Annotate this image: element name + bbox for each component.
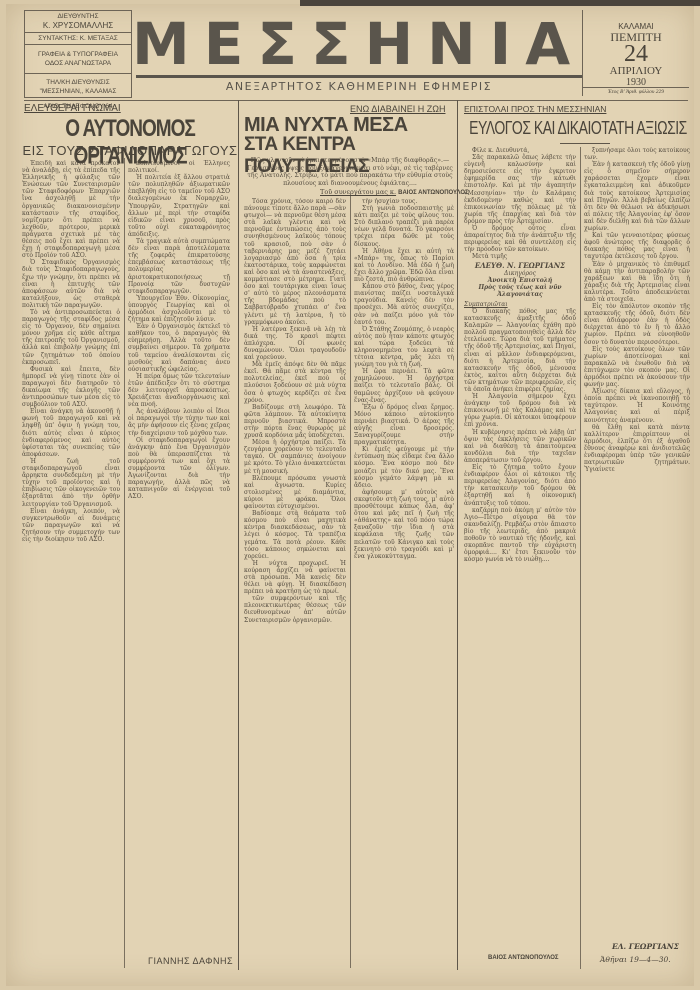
date-box: ΚΑΛΑΜΑΙ ΠΕΜΠΤΗ 24 ΑΠΡΙΛΙΟΥ 1930 Έτος Β' … — [582, 10, 689, 96]
office-line-2: ΟΔΟΣ ΑΝΑΓΝΩΣΤΑΡΑ — [45, 60, 111, 67]
paragraph: ξυπνήσαμε ὅλοι τοὺς κατοίκους των. — [584, 147, 690, 161]
article-3-column-2: ξυπνήσαμε ὅλοι τοὺς κατοίκους των.Ἐὰν ἡ … — [584, 147, 690, 937]
article-3-col-1-signature: ΒΑΙΟΣ ΑΝΤΩΝΟΠΟΥΛΟΣ — [488, 955, 558, 961]
paragraph: Ἡ Ἀλαγονία σήμερον ἔχει ἀνάγκην τοῦ δρόμ… — [464, 393, 576, 428]
signature-1: ΕΛΕΥΘ. Ν. ΓΕΩΡΓΙΑΝΣ — [464, 261, 576, 270]
open-letter-recipient: Πρὸς τοὺς τέως καὶ νῦν — [464, 284, 576, 291]
paragraph: Εἰς τὸν ἀπόλυτον σκοπὸν τῆς κατασκευῆς τ… — [584, 303, 690, 346]
article-1-kicker: ΕΛΕΥΘΕΡΑΙ ΓΝΩΜΑΙ — [24, 103, 121, 114]
article-3-column-1: Φίλε κ. Διευθυντά,Σᾶς παρακαλῶ ὅπως λάβε… — [464, 147, 576, 967]
article-2-deck: Πῶς γλεντοῦν οἱ ἐμπιστευμένοι στὰ «Μπὰρ … — [246, 157, 454, 187]
article-3-headline: ΕΥΛΟΓΟΣ ΚΑΙ ΔΙΚΑΙΟΤΑΤΗ ΑΞΙΩΣΙΣ — [462, 117, 694, 138]
telegraph-line-2: "ΜΕΣΣΗΝΙΑΝ,, ΚΑΛΑΜΑΣ — [40, 88, 117, 95]
article-1-column-1: Ἐπειδὴ καὶ κατὰ πρό­κατον νὰ ἀναλάβῃ, εἰ… — [22, 160, 120, 960]
headline-rule — [560, 143, 610, 144]
paragraph: Ἐὰν ἡ κατασκευὴ τῆς ὁδοῦ γίνῃ εἰς ὃ σημε… — [584, 161, 690, 232]
paragraph: Καὶ τῶν γενναιοτέρας φύσεως ἀφοῦ ἀνώτερο… — [584, 232, 690, 260]
signature-2: ΕΛ. ΓΕΩΡΓΙΑΝΣ — [612, 942, 679, 951]
article-2-byline: Τοῦ συνεργάτου μας κ. ΒΑΙΟΣ ΑΝΤΩΝΟΠΟΥΛΟΣ — [320, 188, 469, 196]
month: ΑΠΡΙΛΙΟΥ — [583, 65, 689, 77]
paragraph: θὰ ἔλθῃ καὶ κατὰ πάντα καλλίτερον ἐπιρρί… — [584, 424, 690, 474]
open-letter-greeting: Συμπατριῶται — [464, 301, 576, 308]
paragraph: Ἐὰν ὁ μηχανικὸς τὸ ἐπιθυμεῖ θὰ κάμῃ τὴν … — [584, 261, 690, 304]
paragraph: Ἐπειδὴ καὶ κατὰ πρό­κατον νὰ ἀναλάβῃ, εἰ… — [22, 160, 120, 259]
masthead-rule — [24, 100, 688, 101]
paragraph: Οἱ σταφιδοπαραγωγοὶ ἔχουν ἀνάγκην ἀπὸ ἕν… — [128, 437, 230, 501]
paragraph: Μετὰ τιμῆς — [464, 253, 576, 260]
article-2-column-2: τὴν ἡσυχίαν τους.Στὴ γωνιὰ ποδοσπαιστὴς … — [354, 198, 454, 968]
director-label: ΔΙΕΥΘΥΝΤΗΣ — [57, 13, 98, 20]
telegraph-line-1: ΤΗΛ/ΚΗ ΔΙΕΥΘΥΝΣΙΣ — [46, 79, 109, 86]
byline-name: ΒΑΙΟΣ ΑΝΤΩΝΟΠΟΥΛΟΣ — [398, 190, 468, 196]
paragraph: Τὸ νὰ ἀντιπροσωπεύεται ὁ παραγωγὸς τῆς σ… — [22, 309, 120, 366]
paragraph: Φίλε κ. Διευθυντά, — [464, 147, 576, 154]
paragraph: Ἡ κυβέρνησις πρέπει νὰ λάβῃ ὑπ' ὄψιν τὰς… — [464, 429, 576, 464]
open-letter-recipient-2: Ἀλαγονιάτας — [464, 291, 576, 298]
day: 24 — [583, 43, 689, 65]
paragraph: Ἡ νύχτα προχωρεῖ. Ἡ κούραση ἀρχίζει νὰ φ… — [244, 560, 346, 595]
paragraph: Στὴ γωνιὰ ποδοσπαιστὴς μὲ κάτι παίζει μὲ… — [354, 205, 454, 248]
editor: ΣΥΝΤΑΚΤΗΣ: Κ. ΜΕΤΑΞΑΣ — [25, 33, 131, 45]
paragraph: Ἡ πείρα ὅμως τῶν τελευταίων ἐτῶν ἀπέδειξ… — [128, 373, 230, 408]
paragraph: Τὰ τραγικὰ αὐτὰ συμπτώματα δὲν εἶναι παρ… — [128, 238, 230, 295]
column-rule — [238, 100, 239, 970]
paragraph: Βαδίσαμε στὰ θεάματα τοῦ κόσμου ποὺ εἶνα… — [244, 510, 346, 560]
open-letter-label: Ἀνοικτὴ Ἐπιστολή — [464, 277, 576, 284]
column-rule — [350, 196, 351, 968]
paragraph: Ἡ λατέρνα ξεκινᾷ νὰ λέῃ τὰ δικά της. Τὸ … — [244, 326, 346, 361]
paragraph: Εἶναι ἀνάγκη νὰ ἀκουσθῇ ἡ φωνὴ τοῦ παραγ… — [22, 408, 120, 458]
article-1-column-2: πολιτευόμενοι οἱ Ἑλληνες πολιτικοί.Ἡ πολ… — [128, 160, 230, 900]
paragraph: Ὑπουργεῖον Ἐθν. Οἰκονομίας, ὑπουργὸς Γεω… — [128, 295, 230, 323]
paragraph: Κάπου στὸ βάθος, ἕνας γέρος πιανίστας πα… — [354, 283, 454, 326]
signature-2-place-date: Ἀθῆναι 19—4—30. — [600, 955, 671, 964]
byline-prefix: Τοῦ συνεργάτου μας κ. — [320, 188, 396, 196]
paragraph: Ἔξω ὁ δρόμος εἶναι ἔρημος. Μόνο κάποιο α… — [354, 404, 454, 447]
article-3-kicker: ΕΠΙΣΤΟΛΑΙ ΠΡΟΣ ΤΗΝ ΜΕΣΣΗΝΙΑΝ — [464, 104, 606, 114]
paragraph: τὴν ἡσυχίαν τους. — [354, 198, 454, 205]
paragraph: Ἡ Ἀθήνα ἔχει κι αὐτὴ τὰ «Μπάρ» της, ὅπως… — [354, 248, 454, 283]
column-rule — [457, 100, 458, 970]
paragraph: Ἀς ἀναλάβουν λοιπὸν οἱ ἴδιοι οἱ παραγωγο… — [128, 408, 230, 436]
paragraph: Ἡ ζωὴ τοῦ σταφιδοπαραγωγοῦ εἶναι ἄρρηκτα… — [22, 458, 120, 508]
signature-1-role: Δικηγόρος — [464, 270, 576, 277]
paragraph: Τόσα χρόνια, τόσον καιρὸ δὲν πάνουμε τίπ… — [244, 198, 346, 326]
newspaper-subtitle: ΑΝΕΞΑΡΤΗΤΟΣ ΚΑΘΗΜΕΡΙΝΗ ΕΦΗΜΕΡΙΣ — [136, 80, 582, 93]
paragraph: Μέσα ἡ ὀρχήστρα παίζει. Τὰ ζευγάρια χορε… — [244, 439, 346, 474]
paragraph: Βαδίζουμε στὴ λεωφόρο. Τὰ φῶτα λάμπουν. … — [244, 404, 346, 439]
article-1-author: ΓΙΑΝΝΗΣ ΔΑΦΝΗΣ — [148, 956, 233, 966]
article-2-column-1: Τόσα χρόνια, τόσον καιρὸ δὲν πάνουμε τίπ… — [244, 198, 346, 958]
article-1-subheadline: ΕΙΣ ΤΟΥΣ ΣΤΑΦΙΔΟΠΑΡΑΓΩΓΟΥΣ — [20, 143, 240, 158]
paragraph: Εἰς τοὺς κατοίκους ὅλων τῶν χωρίων ἀποτε… — [584, 346, 690, 389]
paragraph: Ὁ δρόμος οὗτος εἶναι ἀπαραίτητος διὰ τὴν… — [464, 225, 576, 253]
paragraph: Εἰς τὸ ζήτημα τοῦτο ἔχουν ἐνδιαφέρον ὅλο… — [464, 464, 576, 507]
paragraph: τῶν συμφερόντων καὶ τῆς πλεονεκτικωτέρας… — [244, 595, 346, 623]
paragraph: Ἐὰν ὁ Ὀργανισμὸς ἐκτελεῖ τὸ καθῆκον του,… — [128, 323, 230, 373]
paragraph: ἀφήσουμε μ' αὐτοὺς νὰ σκεφτοῦν στὴ ζωή τ… — [354, 489, 454, 560]
paragraph: Μὰ ἐμεῖς ἀπόψε δὲν θὰ πᾶμε ἐκεῖ. Θὰ πᾶμε… — [244, 361, 346, 404]
paragraph: Βλέπουμε πρόσωπα γνωστὰ καὶ ἄγνωστα. Κυρ… — [244, 475, 346, 510]
column-rule — [124, 158, 125, 968]
paragraph: Ὁ Σταφιδικὸς Ὀργανισμὸς διὰ τοὺς Σταφιδο… — [22, 259, 120, 309]
paragraph: καζάρμη ποὺ ἀκόμη μ' αὐτὸν τὸν Ἀγιο—Πέτρ… — [464, 507, 576, 564]
paragraph: Φυσικὰ καὶ ἔπειτα, δὲν ἠμπορεῖ νὰ γίνῃ τ… — [22, 366, 120, 409]
paragraph: Ἡ πολιτεία ἐξ ἄλλου στρατιὰ τῶν πολυπληθ… — [128, 174, 230, 238]
director-name: Κ. ΧΡΥΣΟΜΑΛΛΗΣ — [43, 21, 113, 30]
paragraph: πολιτευόμενοι οἱ Ἑλληνες πολιτικοί. — [128, 160, 230, 174]
paragraph: Εἶναι ἀνάγκη, λοιπόν, νὰ συγκεντρωθοῦν α… — [22, 508, 120, 543]
article-2-kicker: ΕΝΩ ΔΙΑΒΑΙΝΕΙ Η ΖΩΗ — [350, 104, 445, 114]
paragraph: Ὁ διακαὴς πόθος μας τῆς κατασκευῆς ἁμαξι… — [464, 308, 576, 393]
office-line-1: ΓΡΑΦΕΙΑ & ΤΥΠΟΓΡΑΦΕΙΑ — [38, 51, 118, 58]
staff-box: ΔΙΕΥΘΥΝΤΗΣΚ. ΧΡΥΣΟΜΑΛΛΗΣ ΣΥΝΤΑΚΤΗΣ: Κ. Μ… — [24, 10, 132, 98]
newspaper-title: ΜΕΣΣΗΝΙΑ — [132, 14, 582, 74]
column-rule — [580, 147, 581, 969]
title-rule — [136, 75, 582, 78]
paragraph: Ἀξίωσις δίκαια καὶ εὔλογος, ἡ ὁποία πρέπ… — [584, 388, 690, 423]
paragraph: Ἡ ὥρα περνάει. Τὰ φῶτα χαμηλώνουν. Ἡ ὀρχ… — [354, 368, 454, 403]
issue-number: Έτος Β' Άριθ. φύλλου 229 — [583, 87, 689, 96]
paragraph: Κι ἐμεῖς φεύγουμε μὲ τὴν ἐντύπωση πὼς εἴ… — [354, 446, 454, 489]
paragraph: Ὁ Στάθης Ζουμόπης, ὁ νεαρὸς αὐτὸς ποὺ ἦτ… — [354, 326, 454, 369]
masthead: ΔΙΕΥΘΥΝΤΗΣΚ. ΧΡΥΣΟΜΑΛΛΗΣ ΣΥΝΤΑΚΤΗΣ: Κ. Μ… — [16, 6, 688, 100]
paragraph: Σᾶς παρακαλῶ ὅπως λάβετε τὴν εὐγενῆ καλω… — [464, 154, 576, 225]
